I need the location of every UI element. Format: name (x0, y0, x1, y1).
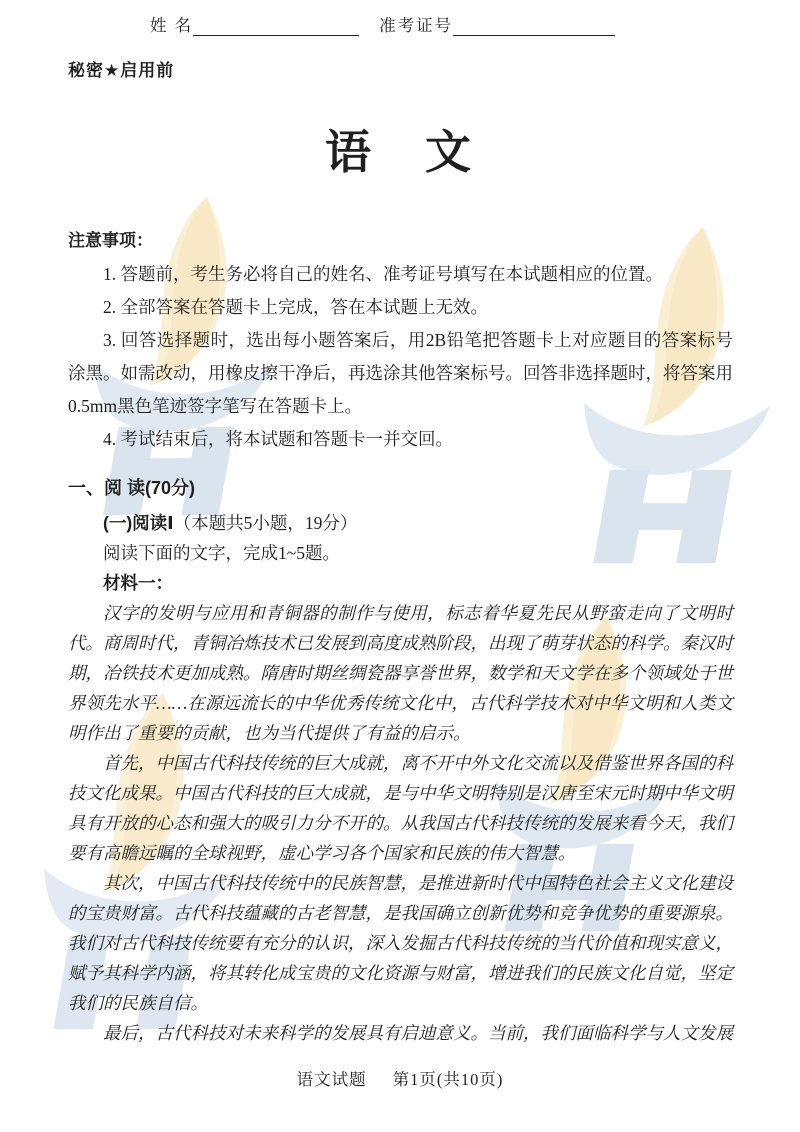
notice-item: 4. 考试结束后，将本试题和答题卡一并交回。 (68, 423, 733, 456)
candidate-info-row: 姓 名 准考证号 (150, 12, 615, 36)
ticket-blank-field (453, 17, 615, 36)
name-label: 姓 名 (150, 12, 193, 36)
passage: 汉字的发明与应用和青铜器的制作与使用，标志着华夏先民从野蛮走向了文明时代。商周时… (68, 598, 733, 1048)
part-heading-rest: （本题共5小题，19分） (174, 513, 358, 533)
notice-item: 3. 回答选择题时，选出每小题答案后，用2B铅笔把答题卡上对应题目的答案标号涂黑… (68, 324, 733, 423)
exam-title: 语 文 (0, 116, 800, 182)
notice-section: 注意事项： 1. 答题前，考生务必将自己的姓名、准考证号填写在本试题相应的位置。… (68, 226, 733, 456)
part-heading-bold: (一)阅读Ⅰ (103, 513, 174, 533)
passage-paragraph: 其次，中国古代科技传统中的民族智慧，是推进新时代中国特色社会主义文化建设的宝贵财… (68, 868, 733, 1018)
section-heading: 一、阅 读(70分) (68, 474, 733, 502)
passage-paragraph: 最后，古代科技对未来科学的发展具有启迪意义。当前，我们面临科学与人文发展 (68, 1018, 733, 1048)
notice-item: 2. 全部答案在答题卡上完成，答在本试题上无效。 (68, 291, 733, 324)
passage-paragraph: 首先，中国古代科技传统的巨大成就，离不开中外文化交流以及借鉴世界各国的科技文化成… (68, 748, 733, 868)
footer-page-info: 第1页(共10页) (393, 1070, 504, 1089)
ticket-label: 准考证号 (379, 12, 453, 36)
reading-instruction: 阅读下面的文字，完成1~5题。 (68, 538, 733, 568)
page-footer: 语文试题第1页(共10页) (0, 1066, 800, 1090)
material-label: 材料一： (68, 568, 733, 598)
reading-section: 一、阅 读(70分) (一)阅读Ⅰ（本题共5小题，19分） 阅读下面的文字，完成… (68, 474, 733, 1048)
name-blank-field (193, 17, 359, 36)
notice-item: 1. 答题前，考生务必将自己的姓名、准考证号填写在本试题相应的位置。 (68, 258, 733, 291)
exam-page: 姓 名 准考证号 秘密★启用前 语 文 注意事项： 1. 答题前，考生务必将自己… (0, 0, 800, 1132)
footer-doc-label: 语文试题 (297, 1070, 367, 1089)
secrecy-label: 秘密★启用前 (68, 56, 174, 81)
passage-paragraph: 汉字的发明与应用和青铜器的制作与使用，标志着华夏先民从野蛮走向了文明时代。商周时… (68, 598, 733, 748)
part-heading: (一)阅读Ⅰ（本题共5小题，19分） (68, 508, 733, 538)
notice-heading: 注意事项： (68, 226, 733, 251)
